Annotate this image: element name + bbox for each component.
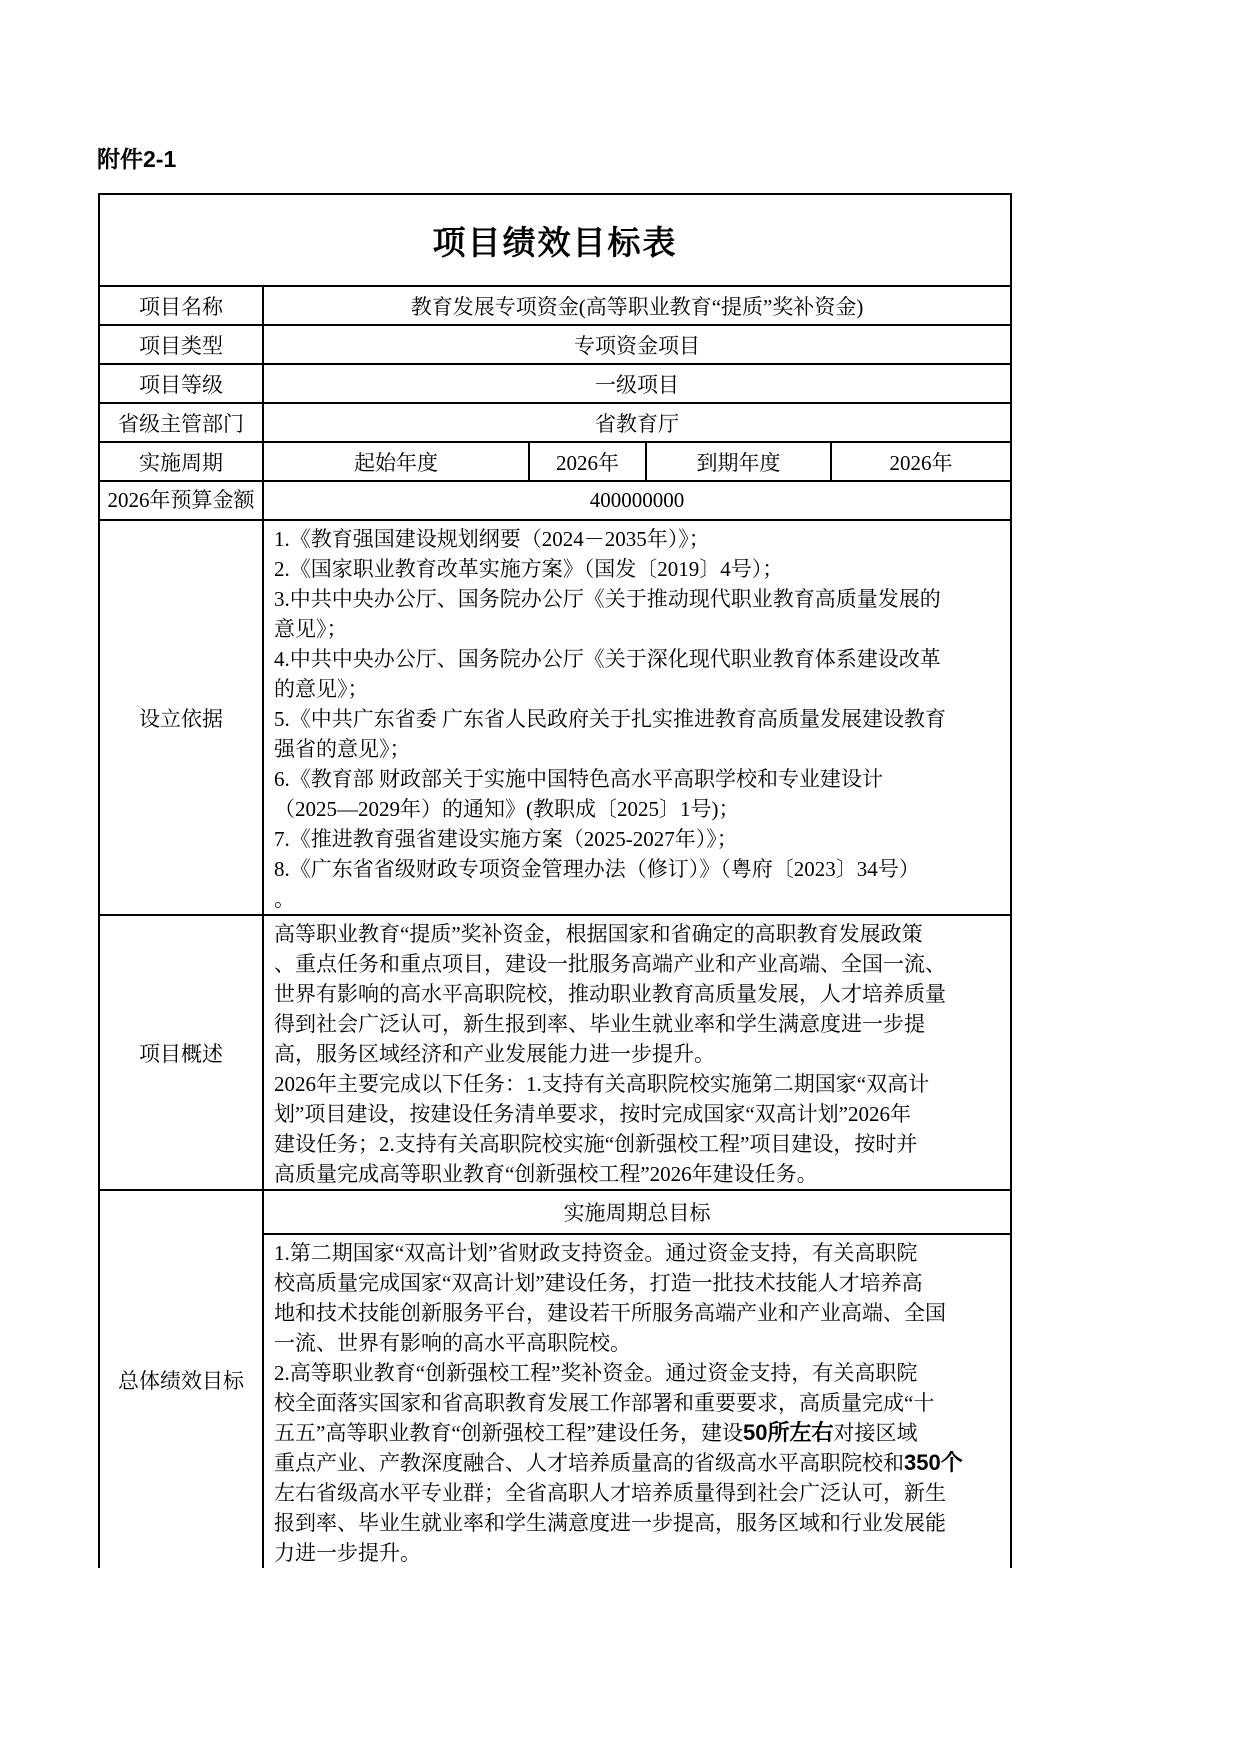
competent-department-label: 省级主管部门	[99, 403, 263, 442]
period-total-goal-header: 实施周期总目标	[263, 1190, 1011, 1234]
overview-cell: 高等职业教育“提质”奖补资金，根据国家和省确定的高职教育发展政策 、重点任务和重…	[263, 915, 1011, 1190]
project-name-row: 项目名称 教育发展专项资金(高等职业教育“提质”奖补资金)	[99, 286, 1011, 325]
end-year-value: 2026年	[831, 442, 1011, 481]
overview-row: 项目概述 高等职业教育“提质”奖补资金，根据国家和省确定的高职教育发展政策 、重…	[99, 915, 1011, 1190]
start-year-value: 2026年	[529, 442, 646, 481]
budget-row: 2026年预算金额 400000000	[99, 481, 1011, 520]
budget-label-cell: 2026年预算金额	[99, 481, 263, 520]
overall-goal-label: 总体绩效目标	[99, 1190, 263, 1568]
basis-row: 设立依据 1.《教育强国建设规划纲要（2024－2035年）》； 2.《国家职业…	[99, 520, 1011, 915]
project-level-label: 项目等级	[99, 364, 263, 403]
project-level-row: 项目等级 一级项目	[99, 364, 1011, 403]
start-year-label: 起始年度	[263, 442, 529, 481]
project-type-row: 项目类型 专项资金项目	[99, 325, 1011, 364]
end-year-label: 到期年度	[646, 442, 831, 481]
project-name-label: 项目名称	[99, 286, 263, 325]
implementation-period-row: 实施周期 起始年度 2026年 到期年度 2026年	[99, 442, 1011, 481]
overall-goal-text: 1.第二期国家“双高计划”省财政支持资金。通过资金支持，有关高职院 校高质量完成…	[264, 1235, 1010, 1568]
basis-cell: 1.《教育强国建设规划纲要（2024－2035年）》； 2.《国家职业教育改革实…	[263, 520, 1011, 915]
project-level-value: 一级项目	[263, 364, 1011, 403]
overview-label: 项目概述	[99, 915, 263, 1190]
attachment-label: 附件2-1	[97, 141, 176, 174]
project-type-label: 项目类型	[99, 325, 263, 364]
overall-goal-cell: 1.第二期国家“双高计划”省财政支持资金。通过资金支持，有关高职院 校高质量完成…	[263, 1234, 1011, 1568]
implementation-period-label: 实施周期	[99, 442, 263, 481]
basis-text: 1.《教育强国建设规划纲要（2024－2035年）》； 2.《国家职业教育改革实…	[264, 521, 1010, 914]
competent-department-value: 省教育厅	[263, 403, 1011, 442]
budget-label: 2026年预算金额	[100, 482, 262, 519]
table-title: 项目绩效目标表	[99, 194, 1011, 286]
project-type-value: 专项资金项目	[263, 325, 1011, 364]
overall-goal-header-row: 总体绩效目标 实施周期总目标	[99, 1190, 1011, 1234]
budget-value: 400000000	[263, 481, 1011, 520]
competent-department-row: 省级主管部门 省教育厅	[99, 403, 1011, 442]
basis-label: 设立依据	[99, 520, 263, 915]
performance-target-table: 项目绩效目标表 项目名称 教育发展专项资金(高等职业教育“提质”奖补资金) 项目…	[98, 193, 1012, 1568]
title-row: 项目绩效目标表	[99, 194, 1011, 286]
project-name-value: 教育发展专项资金(高等职业教育“提质”奖补资金)	[263, 286, 1011, 325]
overview-text: 高等职业教育“提质”奖补资金，根据国家和省确定的高职教育发展政策 、重点任务和重…	[264, 916, 1010, 1189]
